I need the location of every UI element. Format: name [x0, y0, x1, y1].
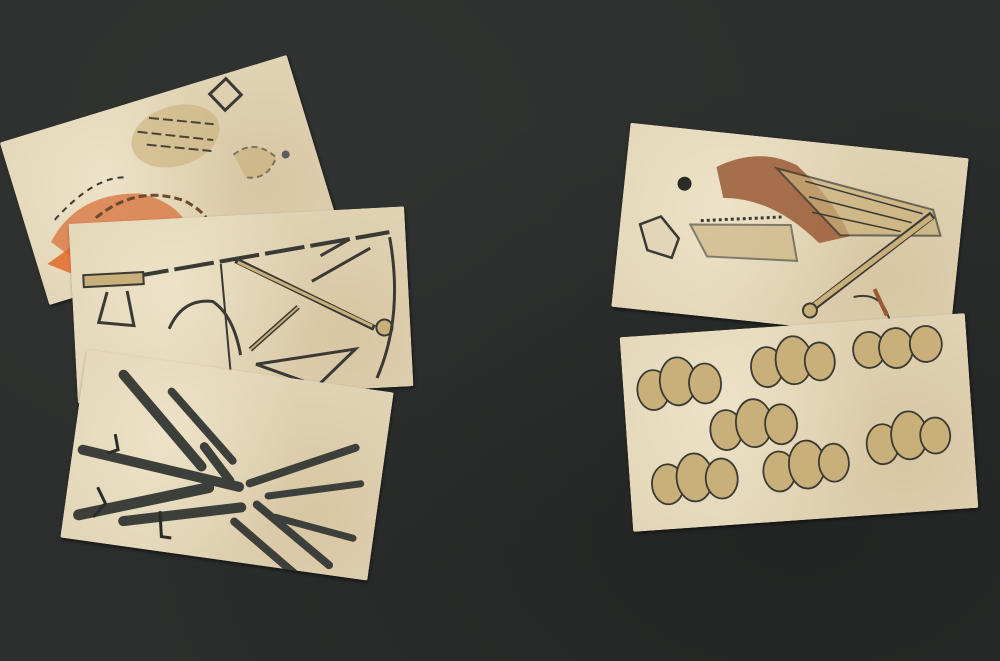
horseman-illustration — [611, 123, 968, 343]
card-coins-suit — [620, 313, 979, 532]
card-horseman — [611, 123, 968, 343]
photo-stage — [0, 0, 1000, 661]
coins-suit-illustration — [620, 313, 979, 532]
